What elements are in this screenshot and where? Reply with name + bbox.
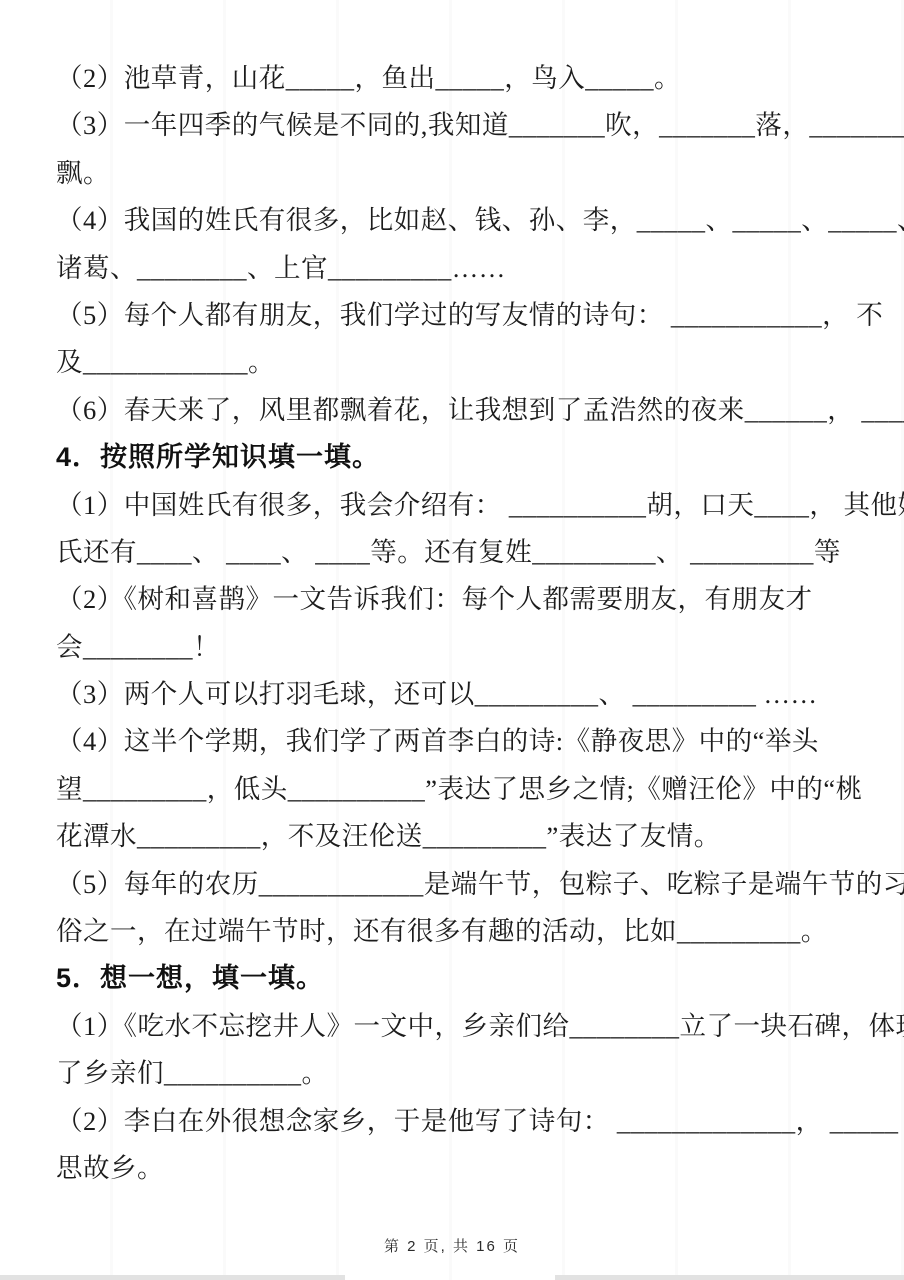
text-line: （6）春天来了，风里都飘着花，让我想到了孟浩然的夜来______， ____。 <box>56 387 864 434</box>
text-line: （3）一年四季的气候是不同的,我知道_______吹，_______落，____… <box>56 102 864 149</box>
text-line: （2）《树和喜鹊》一文告诉我们：每个人都需要朋友，有朋友才 <box>56 576 864 623</box>
text-line: （1）中国姓氏有很多，我会介绍有： __________胡，口天____， 其他… <box>56 482 864 529</box>
section-heading: 5．想一想，填一填。 <box>56 955 864 1002</box>
text-line: （4）我国的姓氏有很多，比如赵、钱、孙、李，_____、_____、_____、… <box>56 197 864 244</box>
worksheet-body: （2）池草青，山花_____，鱼出_____，鸟入_____。（3）一年四季的气… <box>0 0 904 1192</box>
text-line: （4）这半个学期，我们学了两首李白的诗:《静夜思》中的“举头 <box>56 718 864 765</box>
worksheet-page: （2）池草青，山花_____，鱼出_____，鸟入_____。（3）一年四季的气… <box>0 0 904 1280</box>
text-line: 会________！ <box>56 624 864 671</box>
text-line: （3）两个人可以打羽毛球，还可以_________、 _________ …… <box>56 671 864 718</box>
text-line: 花潭水_________，不及汪伦送_________”表达了友情。 <box>56 813 864 860</box>
text-line: （2）池草青，山花_____，鱼出_____，鸟入_____。 <box>56 55 864 102</box>
page-footer: 第 2 页, 共 16 页 <box>0 1235 904 1256</box>
text-line: 飘。 <box>56 150 864 197</box>
page-edge-left <box>0 1275 345 1280</box>
text-line: 氏还有____、 ____、 ____等。还有复姓_________、 ____… <box>56 529 864 576</box>
text-line: 望_________，低头__________”表达了思乡之情;《赠汪伦》中的“… <box>56 766 864 813</box>
text-line: 及____________。 <box>56 339 864 386</box>
text-line: 诸葛、________、上官_________…… <box>56 245 864 292</box>
page-edge-right <box>555 1275 904 1280</box>
text-line: 思故乡。 <box>56 1145 864 1192</box>
section-heading: 4．按照所学知识填一填。 <box>56 434 864 481</box>
text-line: （1）《吃水不忘挖井人》一文中，乡亲们给________立了一块石碑，体现 <box>56 1003 864 1050</box>
text-line: （2）李白在外很想念家乡，于是他写了诗句： _____________， ___… <box>56 1098 864 1145</box>
text-line: 俗之一，在过端午节时，还有很多有趣的活动，比如_________。 <box>56 908 864 955</box>
text-line: （5）每个人都有朋友，我们学过的写友情的诗句： ___________， 不 <box>56 292 864 339</box>
text-line: 了乡亲们__________。 <box>56 1050 864 1097</box>
text-line: （5）每年的农历____________是端午节，包粽子、吃粽子是端午节的习 <box>56 861 864 908</box>
